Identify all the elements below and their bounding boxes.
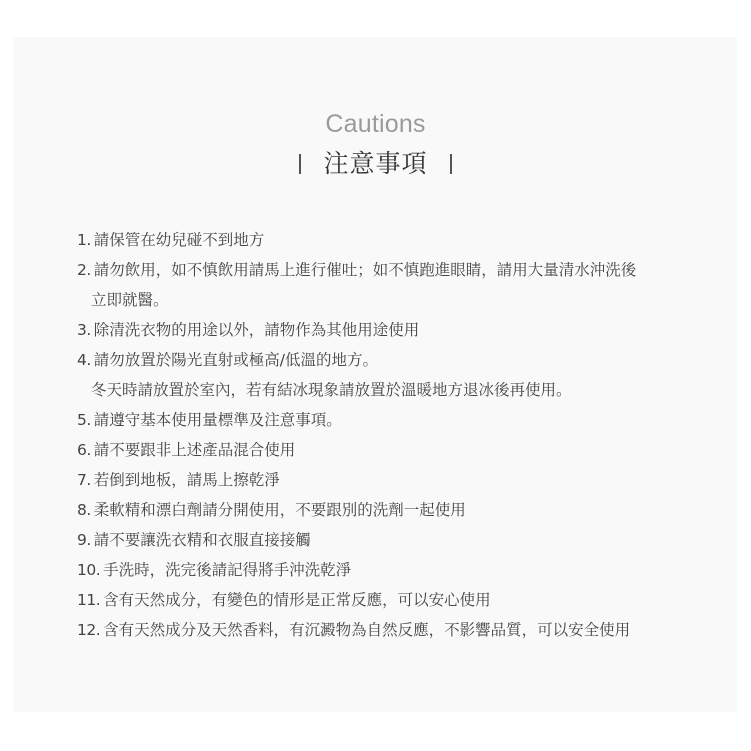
list-item: 1.請保管在幼兒碰不到地方	[77, 225, 636, 255]
item-text: 請遵守基本使用量標準及注意事項。	[94, 411, 342, 429]
list-item-continuation: 立即就醫。	[77, 285, 636, 315]
item-text: 柔軟精和漂白劑請分開使用，不要跟別的洗劑一起使用	[94, 501, 466, 519]
item-number: 11.	[77, 585, 100, 615]
list-item: 12.含有天然成分及天然香料，有沉澱物為自然反應，不影響品質，可以安全使用	[77, 615, 636, 645]
item-number: 8.	[77, 495, 91, 525]
list-item: 7.若倒到地板，請馬上擦乾淨	[77, 465, 636, 495]
list-item: 4.請勿放置於陽光直射或極高/低溫的地方。	[77, 345, 636, 375]
item-text: 請勿放置於陽光直射或極高/低溫的地方。	[94, 351, 378, 369]
item-number: 3.	[77, 315, 91, 345]
list-item: 6.請不要跟非上述產品混合使用	[77, 435, 636, 465]
item-text: 請勿飲用，如不慎飲用請馬上進行催吐；如不慎跑進眼睛，請用大量清水沖洗後	[94, 261, 637, 279]
list-item: 11.含有天然成分，有變色的情形是正常反應，可以安心使用	[77, 585, 636, 615]
list-item: 8.柔軟精和漂白劑請分開使用，不要跟別的洗劑一起使用	[77, 495, 636, 525]
right-divider-bar	[450, 154, 452, 174]
list-item: 5.請遵守基本使用量標準及注意事項。	[77, 405, 636, 435]
item-text: 手洗時，洗完後請記得將手沖洗乾淨	[103, 561, 351, 579]
item-text: 除清洗衣物的用途以外，請物作為其他用途使用	[94, 321, 420, 339]
item-text: 若倒到地板，請馬上擦乾淨	[94, 471, 280, 489]
title-english: Cautions	[0, 108, 751, 140]
item-text: 請不要讓洗衣精和衣服直接接觸	[94, 531, 311, 549]
item-text: 請保管在幼兒碰不到地方	[94, 231, 265, 249]
item-number: 6.	[77, 435, 91, 465]
item-number: 7.	[77, 465, 91, 495]
list-item: 3.除清洗衣物的用途以外，請物作為其他用途使用	[77, 315, 636, 345]
item-number: 5.	[77, 405, 91, 435]
item-number: 12.	[77, 615, 100, 645]
item-text: 含有天然成分，有變色的情形是正常反應，可以安心使用	[103, 591, 491, 609]
list-item: 2.請勿飲用，如不慎飲用請馬上進行催吐；如不慎跑進眼睛，請用大量清水沖洗後	[77, 255, 636, 285]
item-number: 1.	[77, 225, 91, 255]
left-divider-bar	[299, 154, 301, 174]
list-item: 10.手洗時，洗完後請記得將手沖洗乾淨	[77, 555, 636, 585]
item-number: 4.	[77, 345, 91, 375]
title-chinese: 注意事項	[323, 146, 427, 182]
list-item: 9.請不要讓洗衣精和衣服直接接觸	[77, 525, 636, 555]
item-text: 含有天然成分及天然香料，有沉澱物為自然反應，不影響品質，可以安全使用	[103, 621, 630, 639]
title-chinese-row: 注意事項	[0, 146, 751, 182]
item-number: 10.	[77, 555, 100, 585]
list-item-continuation: 冬天時請放置於室內，若有結冰現象請放置於溫暖地方退冰後再使用。	[77, 375, 636, 405]
item-number: 9.	[77, 525, 91, 555]
item-number: 2.	[77, 255, 91, 285]
item-text: 請不要跟非上述產品混合使用	[94, 441, 296, 459]
cautions-list: 1.請保管在幼兒碰不到地方 2.請勿飲用，如不慎飲用請馬上進行催吐；如不慎跑進眼…	[77, 225, 636, 645]
